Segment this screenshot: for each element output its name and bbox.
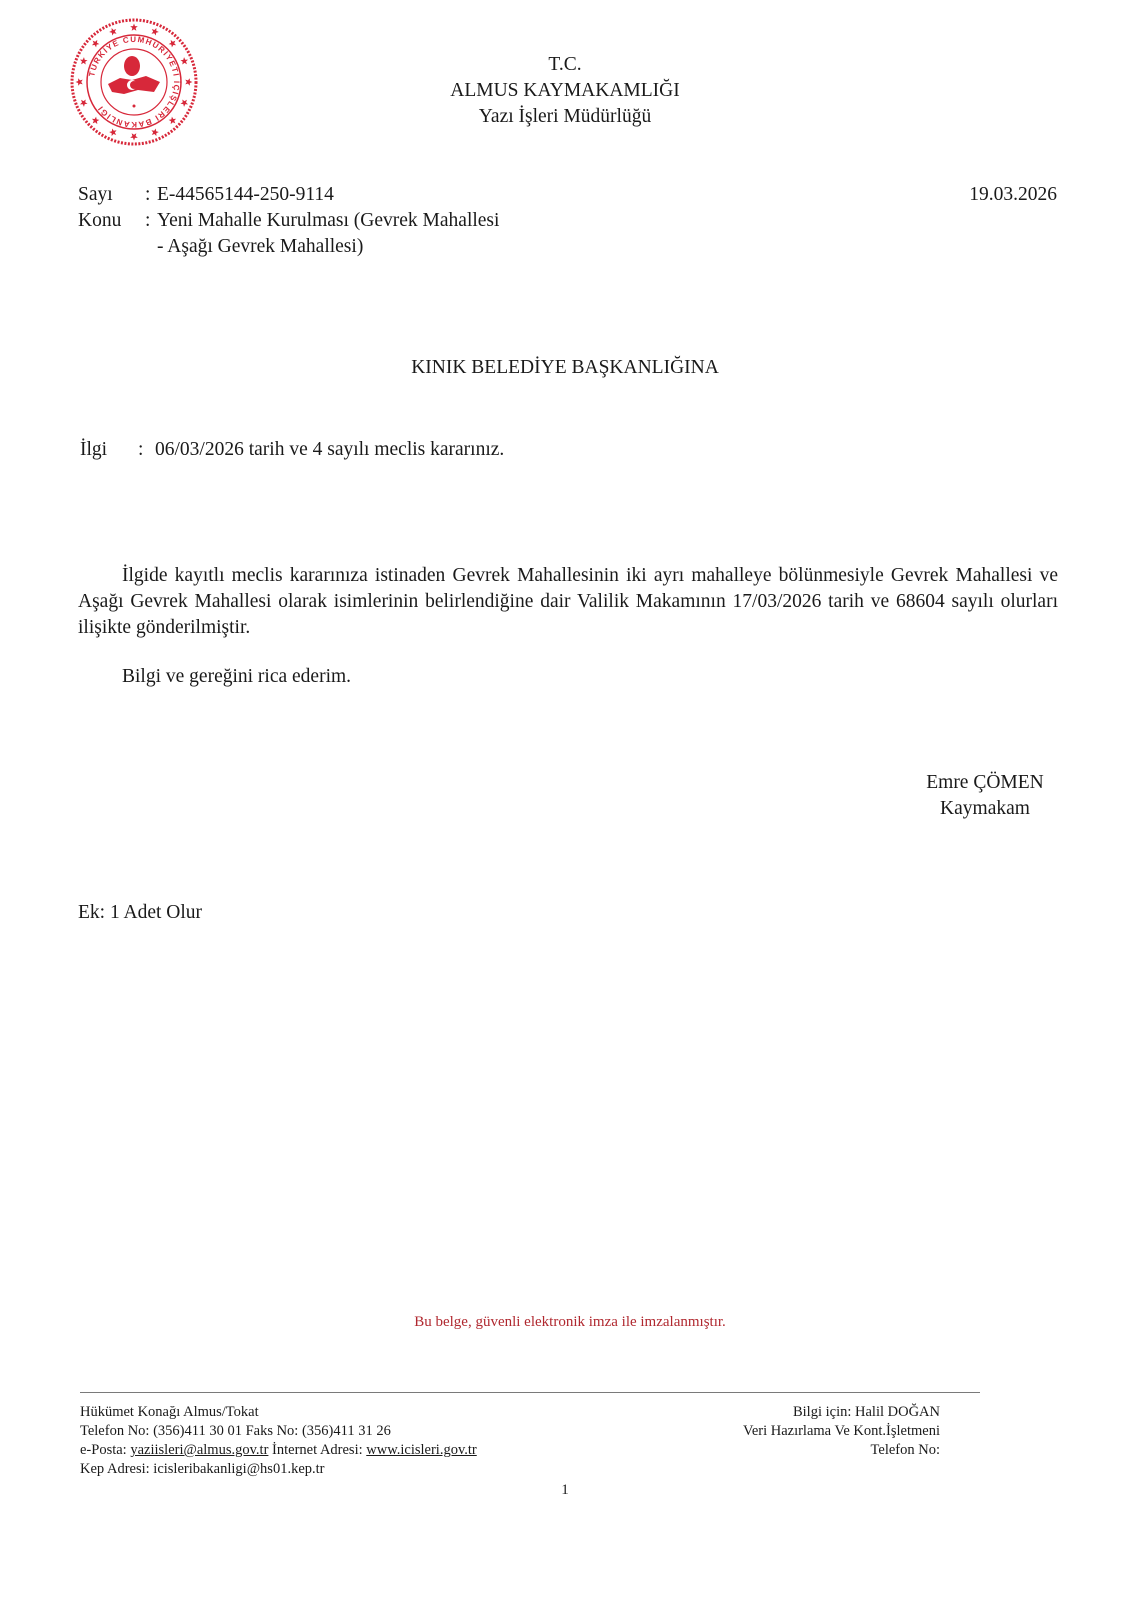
signer-name: Emre ÇÖMEN	[900, 770, 1070, 796]
footer-info-phone: Telefon No:	[640, 1441, 940, 1460]
page-number: 1	[545, 1482, 585, 1499]
konu-label: Konu	[78, 208, 121, 234]
footer-internet-link[interactable]: www.icisleri.gov.tr	[366, 1442, 476, 1458]
signature-block: Emre ÇÖMEN Kaymakam	[900, 770, 1070, 822]
footer-info-contact: Bilgi için: Halil DOĞAN	[640, 1403, 940, 1422]
footer-contact: Hükümet Konağı Almus/Tokat Telefon No: (…	[80, 1403, 640, 1479]
konu-value-line2: - Aşağı Gevrek Mahallesi)	[157, 234, 363, 260]
konu-colon: :	[145, 208, 150, 234]
document-date: 19.03.2026	[900, 182, 1057, 208]
footer-address: Hükümet Konağı Almus/Tokat	[80, 1403, 640, 1422]
header-tc: T.C.	[400, 52, 730, 78]
sayi-label: Sayı	[78, 182, 113, 208]
footer-internet-label: İnternet Adresi:	[272, 1442, 363, 1458]
sayi-value: E-44565144-250-9114	[157, 182, 334, 208]
footer-info-role: Veri Hazırlama Ve Kont.İşletmeni	[640, 1422, 940, 1441]
header-institution: ALMUS KAYMAKAMLIĞI	[400, 78, 730, 104]
footer-info: Bilgi için: Halil DOĞAN Veri Hazırlama V…	[640, 1403, 940, 1460]
footer-kep: Kep Adresi: icisleribakanligi@hs01.kep.t…	[80, 1460, 640, 1479]
footer-phone: Telefon No: (356)411 30 01 Faks No: (356…	[80, 1422, 640, 1441]
ilgi-label: İlgi	[80, 437, 107, 463]
ministry-seal-icon: TÜRKİYE CUMHURİYETİ İÇİŞLERİ BAKANLIĞI	[68, 16, 200, 148]
sayi-colon: :	[145, 182, 150, 208]
ilgi-colon: :	[138, 437, 143, 463]
signer-title: Kaymakam	[900, 796, 1070, 822]
footer-divider	[80, 1392, 980, 1393]
attachment-note: Ek: 1 Adet Olur	[78, 900, 202, 926]
ilgi-value: 06/03/2026 tarih ve 4 sayılı meclis kara…	[155, 437, 504, 463]
footer-email-label: e-Posta:	[80, 1442, 127, 1458]
footer-email-link[interactable]: yaziisleri@almus.gov.tr	[130, 1442, 268, 1458]
header-department: Yazı İşleri Müdürlüğü	[400, 104, 730, 130]
esignature-notice: Bu belge, güvenli elektronik imza ile im…	[330, 1314, 810, 1331]
closing-line: Bilgi ve gereğini rica ederim.	[122, 664, 351, 690]
letterhead: T.C. ALMUS KAYMAKAMLIĞI Yazı İşleri Müdü…	[400, 52, 730, 130]
addressee: KINIK BELEDİYE BAŞKANLIĞINA	[380, 355, 750, 381]
konu-value-line1: Yeni Mahalle Kurulması (Gevrek Mahallesi	[157, 208, 499, 234]
footer-email-line: e-Posta: yaziisleri@almus.gov.tr İnterne…	[80, 1441, 640, 1460]
body-paragraph: İlgide kayıtlı meclis kararınıza istinad…	[78, 563, 1058, 641]
